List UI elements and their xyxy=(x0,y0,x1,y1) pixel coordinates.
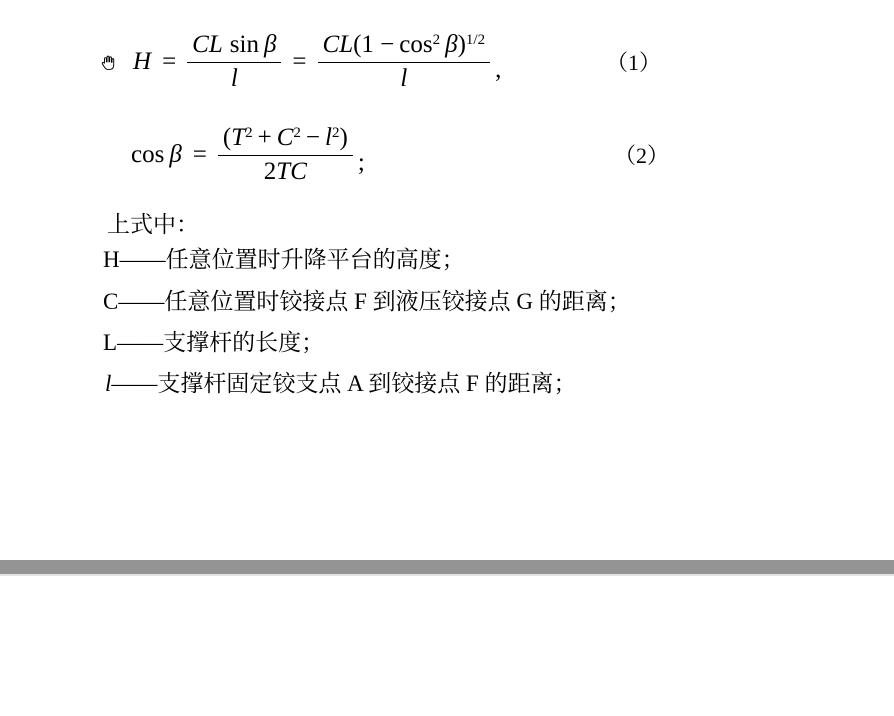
definition-text-c: ——任意位置时铰接点 F 到液压铰接点 G 的距离； xyxy=(118,289,630,314)
eq1-comma: , xyxy=(495,56,501,84)
definition-line-l-lower: l——支撑杆固定铰支点 A 到铰接点 F 的距离； xyxy=(105,370,577,398)
eq2-t-exponent: 2 xyxy=(245,125,253,141)
eq1-equals-sign: = xyxy=(162,48,176,76)
equation-2: cos β = (T2+C2−l2) 2TC ; xyxy=(131,124,365,186)
eq2-c-exponent: 2 xyxy=(293,125,301,141)
eq2-open-paren: ( xyxy=(223,124,231,151)
eq1-f2-open-paren: (1 − xyxy=(353,31,394,58)
eq1-f2-exponent: 1/2 xyxy=(466,32,485,48)
eq2-semicolon: ; xyxy=(358,149,365,177)
eq1-f1-beta: β xyxy=(264,31,276,58)
definitions-intro: 上式中： xyxy=(107,211,199,239)
eq1-lhs: H xyxy=(133,48,151,76)
definition-text-l-lower: ——支撑杆固定铰支点 A 到铰接点 F 的距离； xyxy=(111,371,576,396)
definition-line-l-upper: L——支撑杆的长度； xyxy=(103,329,324,357)
definition-text-h: ——任意位置时升降平台的高度； xyxy=(120,247,465,272)
eq2-var-l: l xyxy=(325,124,332,151)
definition-text-l-upper: ——支撑杆的长度； xyxy=(117,330,324,355)
eq2-plus-sign: + xyxy=(258,124,272,151)
eq2-var-c: C xyxy=(277,124,294,151)
eq1-f2-cos-exponent: 2 xyxy=(433,32,441,48)
definition-symbol-c: C xyxy=(103,289,118,314)
eq2-l-exponent: 2 xyxy=(332,125,340,141)
eq1-f2-beta: β xyxy=(445,31,457,58)
hand-grab-cursor-icon xyxy=(99,54,117,72)
divider-bottom-edge xyxy=(0,574,894,576)
eq2-equals-sign: = xyxy=(193,141,207,169)
eq1-equals-sign-2: = xyxy=(292,48,306,76)
eq2-cos: cos xyxy=(131,141,164,169)
eq2-den-2: 2 xyxy=(264,158,277,185)
equation-2-number: （2） xyxy=(614,139,669,170)
eq1-fraction-1: CLsinβ l xyxy=(187,31,281,93)
eq1-f2-cl: CL xyxy=(323,31,354,58)
eq1-fraction-2: CL(1 −cos2β)1/2 l xyxy=(318,31,491,93)
definition-line-h: H——任意位置时升降平台的高度； xyxy=(103,246,465,274)
eq2-var-t: T xyxy=(231,124,245,151)
equation-1-number: （1） xyxy=(606,46,661,77)
horizontal-divider-bar xyxy=(0,560,894,574)
eq2-den-tc: TC xyxy=(276,158,307,185)
eq1-f2-denominator: l xyxy=(400,63,407,93)
definition-symbol-h: H xyxy=(103,247,120,272)
eq1-f2-cos: cos xyxy=(399,31,432,58)
definition-symbol-l-upper: L xyxy=(103,330,117,355)
equation-1: H = CLsinβ l = CL(1 −cos2β)1/2 l , xyxy=(133,31,501,93)
eq2-beta: β xyxy=(169,141,181,169)
eq1-f1-sin: sin xyxy=(230,31,259,58)
eq2-close-paren: ) xyxy=(339,124,347,151)
definition-line-c: C——任意位置时铰接点 F 到液压铰接点 G 的距离； xyxy=(103,288,631,316)
eq2-minus-sign: − xyxy=(306,124,320,151)
eq1-f1-denominator: l xyxy=(231,63,238,93)
document-page: H = CLsinβ l = CL(1 −cos2β)1/2 l , （1） c… xyxy=(0,0,894,716)
eq2-fraction: (T2+C2−l2) 2TC xyxy=(218,124,353,186)
eq1-f2-close-paren: ) xyxy=(458,31,466,58)
eq1-f1-cl: CL xyxy=(192,31,223,58)
